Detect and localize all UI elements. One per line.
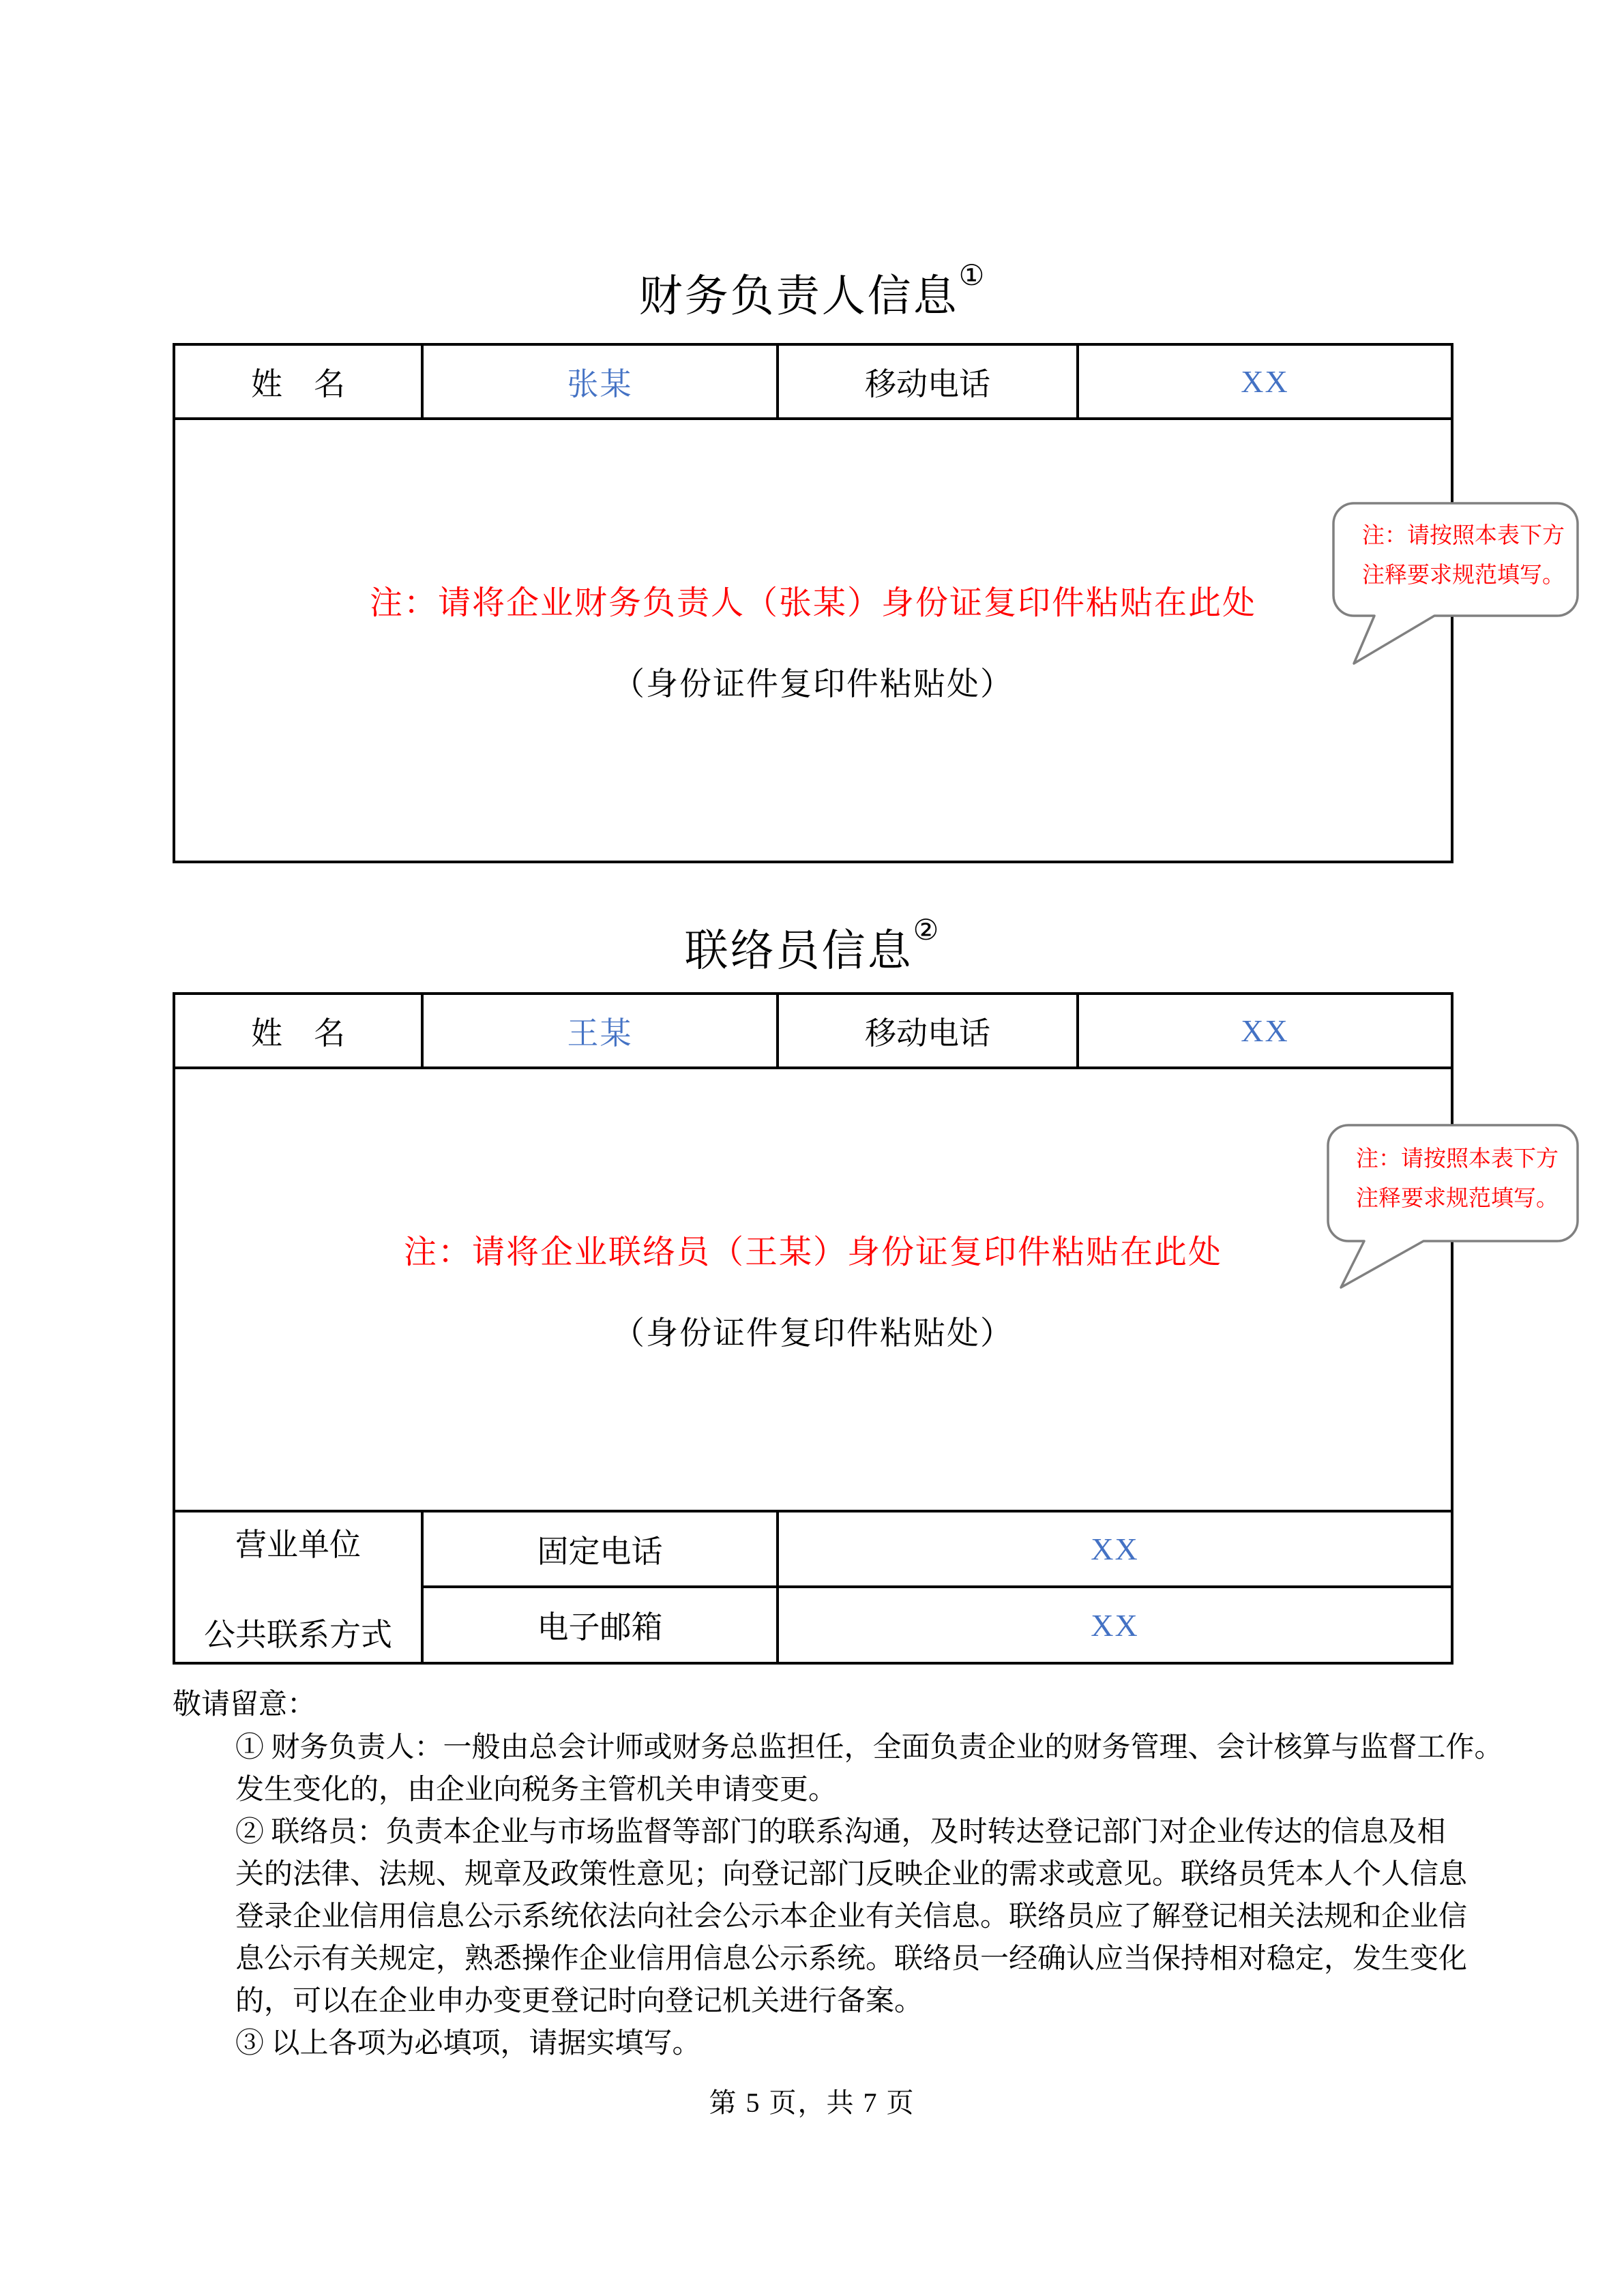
footnote-line: 息公示有关规定，熟悉操作企业信用信息公示系统。联络员一经确认应当保持相对稳定，发…	[235, 1938, 1509, 1980]
public-contact-label-line1: 营业单位	[175, 1520, 421, 1565]
name-label-cell: 姓 名	[174, 344, 422, 419]
mobile-value-cell: XX	[1078, 994, 1452, 1068]
callout-text-line1: 注：请按照本表下方	[1362, 522, 1565, 550]
footnote-line: 发生变化的，由企业向税务主管机关申请变更。	[235, 1769, 1509, 1811]
financial-officer-table: 姓 名 张某 移动电话 XX 注：请将企业财务负责人（张某）身份证复印件粘贴在此…	[173, 343, 1453, 863]
name-value-cell: 王某	[422, 994, 778, 1068]
landline-label-cell: 固定电话	[422, 1511, 778, 1587]
name-label-cell: 姓 名	[174, 994, 422, 1068]
financial-officer-title-text: 财务负责人信息	[639, 272, 959, 320]
callout-text-line1: 注：请按照本表下方	[1356, 1146, 1559, 1173]
footnotes-block: 敬请留意： ① 财务负责人：一般由总会计师或财务总监担任，全面负责企业的财务管理…	[173, 1683, 1509, 2065]
table-row: 注：请将企业联络员（王某）身份证复印件粘贴在此处 （身份证件复印件粘贴处）	[174, 1068, 1452, 1511]
footnote-line: ② 联络员：负责本企业与市场监督等部门的联系沟通，及时转达登记部门对企业传达的信…	[235, 1811, 1509, 1853]
mobile-value-cell: XX	[1078, 344, 1452, 419]
email-label-cell: 电子邮箱	[422, 1587, 778, 1663]
footnote-mark-1: ①	[959, 260, 985, 292]
callout-note-liaison: 注：请按照本表下方 注释要求规范填写。	[1316, 1098, 1589, 1309]
id-copy-paste-area: 注：请将企业财务负责人（张某）身份证复印件粘贴在此处 （身份证件复印件粘贴处）	[174, 419, 1452, 862]
table-row: 姓 名 张某 移动电话 XX	[174, 344, 1452, 419]
callout-text-line2: 注释要求规范填写。	[1356, 1185, 1559, 1212]
footnote-mark-2: ②	[913, 915, 939, 946]
footnote-line: 关的法律、法规、规章及政策性意见；向登记部门反映企业的需求或意见。联络员凭本人个…	[235, 1853, 1509, 1896]
table-row: 营业单位 公共联系方式 固定电话 XX	[174, 1511, 1452, 1587]
id-copy-paste-area: 注：请将企业联络员（王某）身份证复印件粘贴在此处 （身份证件复印件粘贴处）	[174, 1068, 1452, 1511]
page-number: 第 5 页，共 7 页	[0, 2085, 1624, 2121]
footnote-line: 的，可以在企业申办变更登记时向登记机关进行备案。	[235, 1980, 1509, 2023]
table-row: 注：请将企业财务负责人（张某）身份证复印件粘贴在此处 （身份证件复印件粘贴处）	[174, 419, 1452, 862]
document-page: 财务负责人信息① 姓 名 张某 移动电话 XX 注：请将企业财务负责人（张某）身…	[0, 0, 1624, 2296]
paste-area-caption: （身份证件复印件粘贴处）	[175, 1308, 1451, 1354]
footnote-line: 登录企业信用信息公示系统依法向社会公示本企业有关信息。联络员应了解登记相关法规和…	[235, 1896, 1509, 1938]
footnote-line: ③ 以上各项为必填项，请据实填写。	[235, 2023, 1509, 2065]
paste-instruction-text: 注：请将企业财务负责人（张某）身份证复印件粘贴在此处	[175, 576, 1451, 623]
financial-officer-title: 财务负责人信息①	[173, 244, 1451, 329]
liaison-table: 姓 名 王某 移动电话 XX 注：请将企业联络员（王某）身份证复印件粘贴在此处 …	[173, 992, 1453, 1665]
table-row: 姓 名 王某 移动电话 XX	[174, 994, 1452, 1068]
paste-area-caption: （身份证件复印件粘贴处）	[175, 659, 1451, 704]
landline-value-cell: XX	[778, 1511, 1452, 1587]
email-value-cell: XX	[778, 1587, 1452, 1663]
callout-note-financial-officer: 注：请按照本表下方 注释要求规范填写。	[1323, 471, 1589, 682]
mobile-label-cell: 移动电话	[778, 344, 1078, 419]
public-contact-group-cell: 营业单位 公共联系方式	[174, 1511, 422, 1663]
footnotes-lines: ① 财务负责人：一般由总会计师或财务总监担任，全面负责企业的财务管理、会计核算与…	[173, 1727, 1509, 2065]
mobile-label-cell: 移动电话	[778, 994, 1078, 1068]
liaison-title-text: 联络员信息	[685, 927, 913, 975]
public-contact-label-line2: 公共联系方式	[175, 1610, 421, 1655]
paste-instruction-text: 注：请将企业联络员（王某）身份证复印件粘贴在此处	[175, 1225, 1451, 1272]
callout-text-line2: 注释要求规范填写。	[1362, 562, 1565, 589]
liaison-title: 联络员信息②	[173, 899, 1451, 983]
footnote-line: ① 财务负责人：一般由总会计师或财务总监担任，全面负责企业的财务管理、会计核算与…	[235, 1727, 1509, 1769]
name-value-cell: 张某	[422, 344, 778, 419]
footnotes-heading: 敬请留意：	[173, 1683, 1509, 1727]
